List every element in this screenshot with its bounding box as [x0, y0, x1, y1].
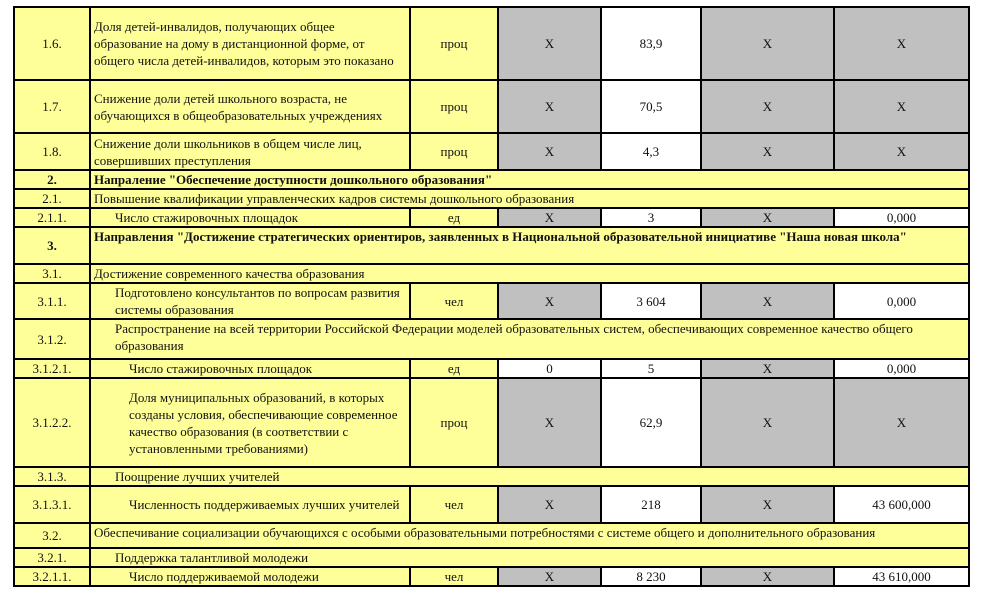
- table-row: 1.6.Доля детей-инвалидов, получающих общ…: [14, 7, 969, 80]
- unit-cell: проц: [410, 7, 498, 80]
- unit-cell: ед: [410, 208, 498, 227]
- value-col-4: 43 600,000: [834, 486, 969, 523]
- indicator-name: Снижение доли детей школьного возраста, …: [90, 80, 410, 133]
- value-col-1: Х: [498, 133, 601, 170]
- value-col-4: 0,000: [834, 359, 969, 378]
- value-col-4: 43 610,000: [834, 567, 969, 586]
- value-col-2: 4,3: [601, 133, 701, 170]
- row-number: 3.1.3.: [14, 467, 90, 486]
- value-col-1: Х: [498, 486, 601, 523]
- section-row: 3.2.1.Поддержка талантливой молодежи: [14, 548, 969, 567]
- row-number: 1.6.: [14, 7, 90, 80]
- row-number: 3.1.2.2.: [14, 378, 90, 467]
- section-title: Поощрение лучших учителей: [90, 467, 969, 486]
- section-row: 2.Напраление "Обеспечение доступности до…: [14, 170, 969, 189]
- section-row: 2.1.Повышение квалификации управленчески…: [14, 189, 969, 208]
- unit-cell: проц: [410, 133, 498, 170]
- unit-cell: чел: [410, 486, 498, 523]
- value-col-2: 70,5: [601, 80, 701, 133]
- row-number: 3.2.: [14, 523, 90, 548]
- value-col-1: Х: [498, 7, 601, 80]
- value-col-2: 218: [601, 486, 701, 523]
- value-col-1: 0: [498, 359, 601, 378]
- row-number: 1.7.: [14, 80, 90, 133]
- section-title: Поддержка талантливой молодежи: [90, 548, 969, 567]
- unit-cell: ед: [410, 359, 498, 378]
- value-col-3: Х: [701, 486, 834, 523]
- unit-cell: проц: [410, 378, 498, 467]
- section-row: 3.1.2.Распространение на всей территории…: [14, 319, 969, 359]
- row-number: 2.1.1.: [14, 208, 90, 227]
- value-col-1: Х: [498, 208, 601, 227]
- indicator-name: Доля детей-инвалидов, получающих общее о…: [90, 7, 410, 80]
- unit-cell: проц: [410, 80, 498, 133]
- value-col-2: 83,9: [601, 7, 701, 80]
- row-number: 3.2.1.1.: [14, 567, 90, 586]
- value-col-2: 3 604: [601, 283, 701, 319]
- unit-cell: чел: [410, 283, 498, 319]
- section-title: Распространение на всей территории Росси…: [90, 319, 969, 359]
- section-title: Направления "Достижение стратегических о…: [90, 227, 969, 264]
- unit-cell: чел: [410, 567, 498, 586]
- indicator-name: Подготовлено консультантов по вопросам р…: [90, 283, 410, 319]
- value-col-3: Х: [701, 208, 834, 227]
- indicator-name: Численность поддерживаемых лучших учител…: [90, 486, 410, 523]
- table-row: 3.2.1.1.Число поддерживаемой молодежичел…: [14, 567, 969, 586]
- value-col-2: 5: [601, 359, 701, 378]
- value-col-3: Х: [701, 7, 834, 80]
- section-row: 3.1.3.Поощрение лучших учителей: [14, 467, 969, 486]
- row-number: 3.1.2.1.: [14, 359, 90, 378]
- table-row: 2.1.1.Число стажировочных площадокедХ3Х0…: [14, 208, 969, 227]
- value-col-3: Х: [701, 378, 834, 467]
- section-row: 3.2.Обеспечивание социализации обучающих…: [14, 523, 969, 548]
- value-col-4: 0,000: [834, 208, 969, 227]
- table-row: 1.7.Снижение доли детей школьного возрас…: [14, 80, 969, 133]
- value-col-3: Х: [701, 80, 834, 133]
- indicators-table: 1.6.Доля детей-инвалидов, получающих общ…: [13, 6, 970, 587]
- value-col-2: 62,9: [601, 378, 701, 467]
- indicator-name: Число стажировочных площадок: [90, 208, 410, 227]
- value-col-4: Х: [834, 80, 969, 133]
- table-row: 3.1.2.1.Число стажировочных площадокед05…: [14, 359, 969, 378]
- indicator-name: Число стажировочных площадок: [90, 359, 410, 378]
- table-row: 3.1.1.Подготовлено консультантов по вопр…: [14, 283, 969, 319]
- indicator-name: Снижение доли школьников в общем числе л…: [90, 133, 410, 170]
- section-title: Обеспечивание социализации обучающихся с…: [90, 523, 969, 548]
- table-row: 3.1.3.1.Численность поддерживаемых лучши…: [14, 486, 969, 523]
- value-col-3: Х: [701, 567, 834, 586]
- row-number: 3.1.1.: [14, 283, 90, 319]
- row-number: 3.1.3.1.: [14, 486, 90, 523]
- row-number: 3.2.1.: [14, 548, 90, 567]
- value-col-4: Х: [834, 133, 969, 170]
- value-col-1: Х: [498, 567, 601, 586]
- table-row: 3.1.2.2.Доля муниципальных образований, …: [14, 378, 969, 467]
- table-row: 1.8.Снижение доли школьников в общем чис…: [14, 133, 969, 170]
- value-col-1: Х: [498, 283, 601, 319]
- row-number: 3.1.2.: [14, 319, 90, 359]
- value-col-3: Х: [701, 283, 834, 319]
- value-col-2: 8 230: [601, 567, 701, 586]
- section-title: Достижение современного качества образов…: [90, 264, 969, 283]
- section-row: 3.1.Достижение современного качества обр…: [14, 264, 969, 283]
- value-col-4: 0,000: [834, 283, 969, 319]
- indicator-name: Число поддерживаемой молодежи: [90, 567, 410, 586]
- row-number: 1.8.: [14, 133, 90, 170]
- value-col-4: Х: [834, 7, 969, 80]
- value-col-1: Х: [498, 80, 601, 133]
- row-number: 2.1.: [14, 189, 90, 208]
- section-title: Напраление "Обеспечение доступности дошк…: [90, 170, 969, 189]
- value-col-2: 3: [601, 208, 701, 227]
- section-row: 3.Направления "Достижение стратегических…: [14, 227, 969, 264]
- value-col-4: Х: [834, 378, 969, 467]
- row-number: 3.1.: [14, 264, 90, 283]
- row-number: 2.: [14, 170, 90, 189]
- section-title: Повышение квалификации управленческих ка…: [90, 189, 969, 208]
- indicator-name: Доля муниципальных образований, в которы…: [90, 378, 410, 467]
- value-col-3: Х: [701, 359, 834, 378]
- value-col-1: Х: [498, 378, 601, 467]
- value-col-3: Х: [701, 133, 834, 170]
- row-number: 3.: [14, 227, 90, 264]
